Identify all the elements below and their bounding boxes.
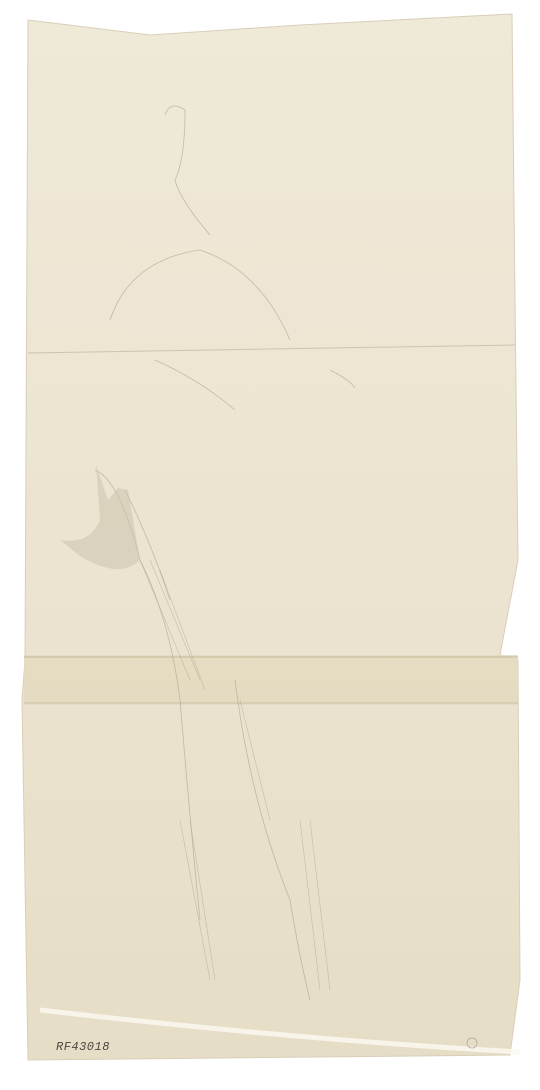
paper-artwork	[0, 0, 540, 1090]
drawing-sheet: RF43018	[0, 0, 540, 1090]
inventory-number: RF43018	[56, 1040, 110, 1054]
